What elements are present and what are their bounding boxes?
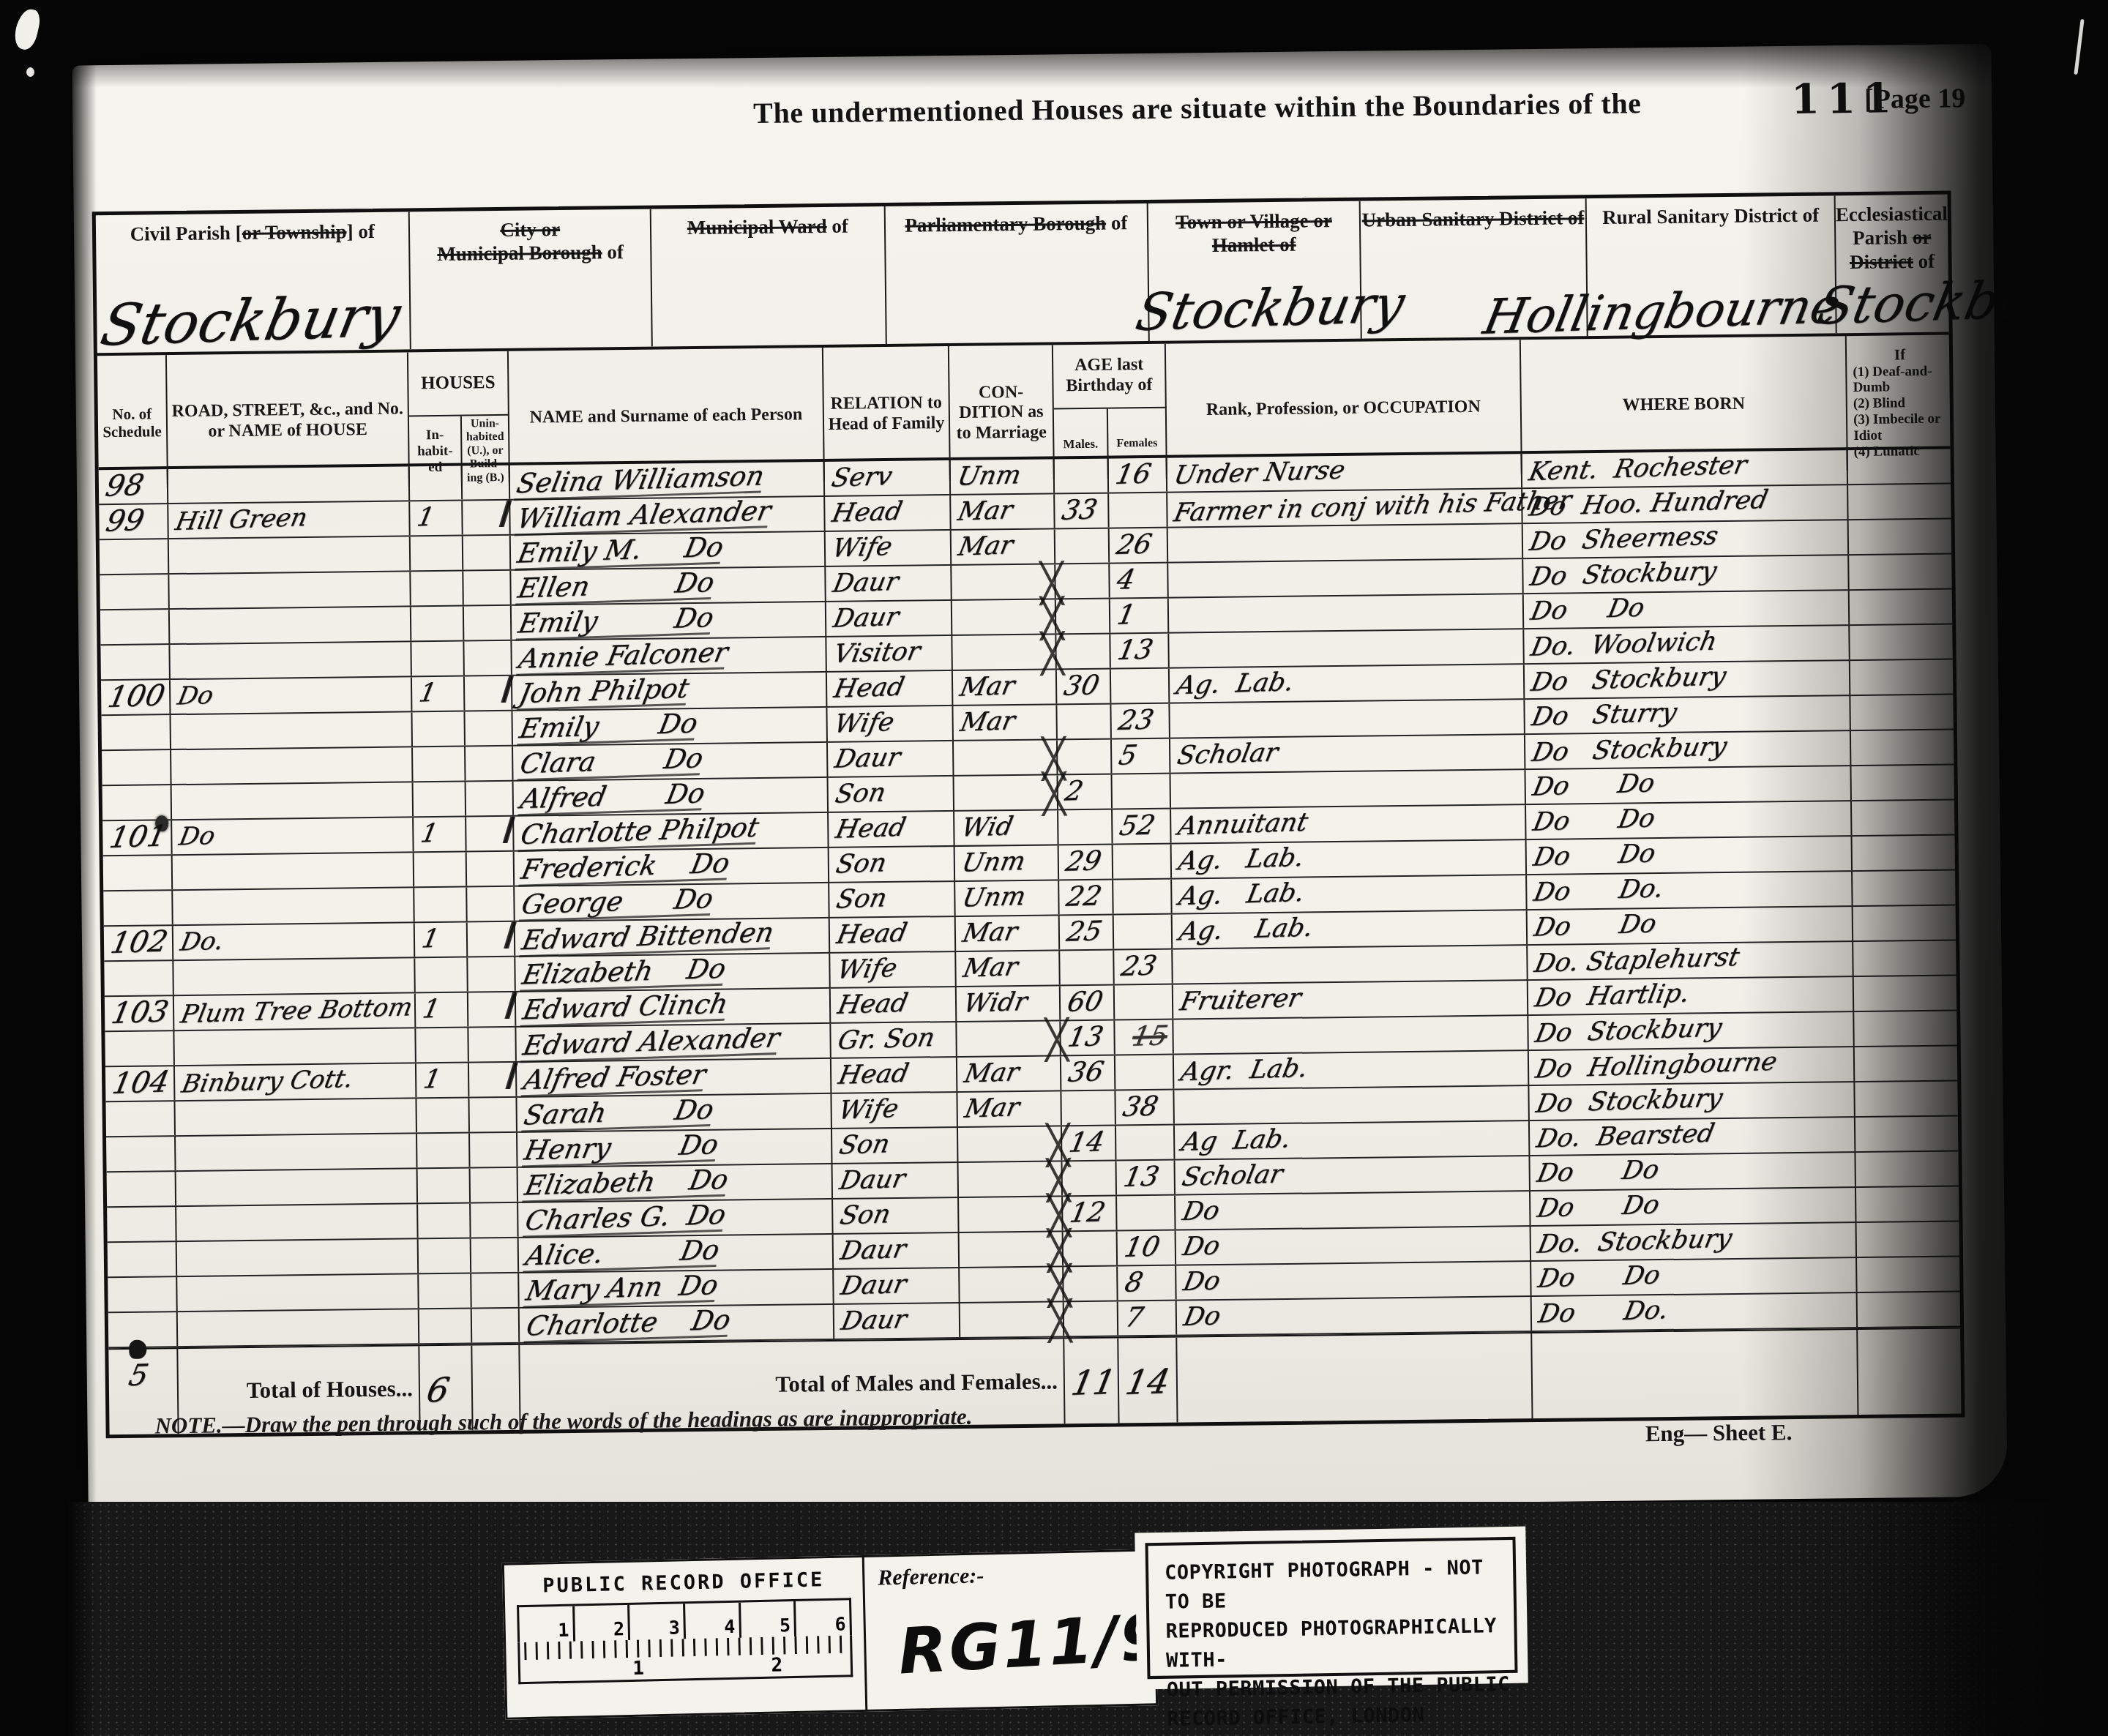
cell-name: ∕∕Alfred Foster <box>517 1059 831 1096</box>
cell-f: 38 <box>1115 1090 1175 1125</box>
cell-road: Hill Green <box>168 501 411 538</box>
cell-occ: Under Nurse <box>1167 454 1522 491</box>
cell-inh <box>410 466 463 501</box>
cell-dis <box>1857 1257 1960 1292</box>
cell-name: ∕∕Edward Clinch <box>516 989 831 1026</box>
cell-text-rel: Daur <box>837 1164 908 1196</box>
cell-dis <box>1853 870 1956 905</box>
cell-name: Edward Alexander <box>516 1024 831 1061</box>
cell-rel: Gr. Son <box>831 1022 957 1058</box>
cell-text-m: 2 <box>1063 777 1086 807</box>
cell-m <box>1055 529 1110 564</box>
cell-text-rel: Head <box>831 673 907 704</box>
cell-uninh <box>469 1098 517 1132</box>
ruler-cell-number: 3 <box>668 1617 680 1638</box>
cell-inh <box>417 1134 471 1168</box>
cell-dis <box>1854 1011 1957 1046</box>
cell-m <box>1064 1231 1118 1265</box>
cell-rel: Visitor <box>826 636 953 671</box>
cell-text-name: Alice. Do <box>523 1235 722 1273</box>
cell-text-m: 36 <box>1066 1057 1106 1088</box>
boundary-cell: Parliamentary Borough of <box>885 203 1150 344</box>
boundary-label: Urban Sanitary District of <box>1361 206 1586 232</box>
cell-m: 30 <box>1057 670 1112 704</box>
cell-f: 5 <box>1112 739 1171 774</box>
cell-text-born: Do Stockbury <box>1530 732 1730 768</box>
boundary-label: City orMunicipal Borough of <box>410 217 650 266</box>
cell-road: Do. <box>173 923 416 959</box>
boundary-cell: Town or Village orHamlet ofStockbury <box>1148 201 1362 341</box>
cell-text-sched: 103 <box>109 997 171 1028</box>
boundary-label: Parliamentary Borough of <box>885 211 1147 237</box>
totals-occ-cell <box>1177 1333 1533 1422</box>
cell-rel: Son <box>829 847 956 882</box>
condition-x-mark: ╳ <box>1048 1299 1072 1343</box>
cell-text-rel: Daur <box>838 1270 909 1301</box>
cell-sched <box>100 610 171 644</box>
cell-rel: Son <box>833 1198 960 1233</box>
cell-inh <box>419 1239 472 1273</box>
boundary-label-line: Municipal Borough of <box>411 240 651 266</box>
totals-dis-cell <box>1858 1328 1961 1415</box>
cell-inh <box>418 1169 471 1203</box>
cell-born: Do Do <box>1525 766 1851 804</box>
cell-text-m: 22 <box>1064 881 1104 912</box>
cell-text-cond: Wid <box>959 812 1015 842</box>
cell-cond: Mar <box>956 951 1061 986</box>
cell-sched: 102 <box>104 926 174 960</box>
cell-text-born: Do Do <box>1536 1260 1663 1293</box>
cell-text-name: Charlotte Philpot <box>517 813 761 853</box>
cell-text-rel: Daur <box>832 743 903 774</box>
cell-occ: Ag. Lab. <box>1172 875 1527 913</box>
cell-text-f: 26 <box>1114 529 1154 560</box>
cell-occ: Ag. Lab. <box>1173 910 1528 948</box>
boundary-label-part: of <box>1913 250 1935 272</box>
cell-rel: Son <box>829 777 955 812</box>
cell-cond: ╳ <box>958 1126 1063 1161</box>
cell-name: Frederick Do <box>515 848 829 886</box>
boundary-label-line: District of <box>1836 249 1948 274</box>
cell-occ: Ag. Lab. <box>1170 665 1525 702</box>
boundary-label-part: of <box>602 241 624 263</box>
cell-m <box>1064 1266 1118 1301</box>
cell-cond: ╳ <box>952 635 1057 670</box>
cell-born: Do. Woolwich <box>1524 626 1850 663</box>
cell-uninh <box>467 887 515 921</box>
cell-text-cond: Mar <box>958 706 1018 737</box>
cell-sched: 99 <box>99 504 169 539</box>
cell-text-rel: Wife <box>837 1094 902 1126</box>
cell-road <box>176 1169 419 1205</box>
cell-occ: Annuitant <box>1171 805 1526 842</box>
cell-text-occ: Do <box>1181 1301 1223 1332</box>
cell-m <box>1064 1301 1119 1336</box>
boundary-cell: Rural Sanitary District ofHollingbourne <box>1587 195 1837 336</box>
cell-sched <box>108 1277 178 1312</box>
cell-name: ∕∕John Philpot <box>512 673 827 710</box>
household-start-mark: ∕∕ <box>502 811 506 848</box>
condition-x-mark: ╳ <box>1042 772 1066 816</box>
boundary-label-line: City or <box>410 217 650 243</box>
cell-dis <box>1855 1116 1959 1151</box>
ruler-cell-number: 6 <box>834 1614 846 1635</box>
cell-born: Do Do <box>1527 837 1853 874</box>
cell-road <box>178 1309 420 1346</box>
cell-text-rel: Son <box>837 1129 892 1160</box>
cell-text-m: 60 <box>1065 987 1105 1017</box>
cell-uninh <box>464 606 512 640</box>
cell-born: Do Stockbury <box>1525 661 1850 698</box>
cell-f: 23 <box>1114 950 1173 984</box>
cell-uninh <box>463 536 512 570</box>
cell-sched <box>100 575 170 609</box>
cell-road <box>169 536 411 573</box>
cell-text-name: George Do <box>519 884 716 921</box>
cell-sched <box>108 1242 178 1276</box>
cell-rel: Head <box>831 1058 958 1093</box>
cell-rel: Head <box>831 987 957 1022</box>
cell-cond: ╳ <box>954 740 1058 775</box>
cell-inh <box>413 747 466 782</box>
totals-females-value: 14 <box>1124 1366 1173 1397</box>
cell-text-road: Do <box>175 681 216 711</box>
ruler-cell-number: 5 <box>780 1615 791 1636</box>
header-name-label: NAME and Surname of each Person <box>529 405 802 428</box>
cell-born: Do. Stockbury <box>1531 1223 1857 1260</box>
cell-occ <box>1170 700 1525 737</box>
cell-text-sched: 101 <box>107 821 169 853</box>
cell-text-occ: Farmer in conj with his Father <box>1171 486 1574 528</box>
cell-text-born: Do Do. <box>1536 1295 1671 1329</box>
cell-sched <box>105 1031 175 1066</box>
cell-uninh <box>467 852 515 886</box>
cell-rel: Head <box>827 671 954 706</box>
cell-text-rel: Visitor <box>831 637 922 669</box>
cell-text-born: Do Sheerness <box>1527 521 1720 556</box>
cell-text-cond: Mar <box>955 495 1015 526</box>
cell-rel: Wife <box>826 531 952 566</box>
reference-box: Reference:- RG11/933 <box>864 1551 1156 1710</box>
cell-rel: Serv <box>825 460 952 495</box>
boundary-label-part: Rural Sanitary District of <box>1602 204 1820 228</box>
cell-text-rel: Daur <box>831 602 902 634</box>
cell-m <box>1062 1161 1117 1196</box>
copyright-text: COPYRIGHT PHOTOGRAPH - NOT TO BE REPRODU… <box>1145 1537 1517 1679</box>
cell-occ: Scholar <box>1170 735 1525 772</box>
cell-uninh <box>469 1063 517 1097</box>
cell-m <box>1056 599 1111 634</box>
totals-houses-label: Total of Houses... <box>186 1375 419 1404</box>
boundary-label-part: or Township <box>242 220 347 244</box>
pro-stamp-left: PUBLIC RECORD OFFICE 123456 1 2 <box>504 1557 867 1718</box>
cell-born: Do Do <box>1530 1153 1855 1190</box>
header-houses: HOUSES <box>408 351 509 417</box>
cell-text-f: 23 <box>1118 951 1159 981</box>
cell-occ: Fruiterer <box>1173 981 1528 1018</box>
cell-text-rel: Son <box>834 848 889 879</box>
cell-text-name: Henry Do <box>521 1130 720 1168</box>
cell-uninh <box>465 676 513 711</box>
cell-sched <box>107 1207 177 1241</box>
cell-sched <box>103 856 173 890</box>
cell-cond: ╳ <box>952 564 1056 599</box>
boundary-label: Municipal Ward of <box>651 214 884 240</box>
cell-cond: Unm <box>955 880 1060 916</box>
cell-road: Plum Tree Bottom <box>174 993 416 1030</box>
cell-dis <box>1851 765 1954 800</box>
cell-dis <box>1849 555 1952 590</box>
cell-rel: Daur <box>834 1303 961 1339</box>
cell-inh <box>415 958 468 992</box>
cell-name: Emily Do <box>512 708 827 745</box>
cell-text-cond: Mar <box>960 917 1020 948</box>
cell-occ <box>1169 594 1524 632</box>
cell-uninh <box>471 1238 520 1273</box>
cell-dis <box>1853 835 1956 870</box>
cell-dis <box>1855 1151 1959 1186</box>
cell-born: Do Stockbury <box>1529 1082 1855 1120</box>
boundary-label-part: Urban Sanitary District of <box>1362 206 1585 231</box>
cell-sched <box>102 750 172 785</box>
cell-m <box>1058 810 1113 845</box>
copyright-line-2: REPRODUCED PHOTOGRAPHICALLY WITH- <box>1165 1612 1514 1676</box>
cell-text-occ: Ag. Lab. <box>1176 878 1307 912</box>
cell-inh <box>419 1309 473 1344</box>
cell-cond: ╳ <box>957 1021 1061 1056</box>
cell-f: 1 <box>1110 599 1170 633</box>
boundary-label: Town or Village orHamlet of <box>1148 209 1359 258</box>
cell-f <box>1114 915 1173 949</box>
header-condition-label: CON-DITION as to Marriage <box>952 382 1050 444</box>
cell-text-cond: Unm <box>955 460 1024 492</box>
cell-cond: Widr <box>957 986 1061 1021</box>
cell-cond: ╳ <box>960 1267 1064 1302</box>
cell-text-road: Hill Green <box>173 503 310 536</box>
cell-name: Charles G. Do <box>518 1200 833 1237</box>
cell-sched <box>106 1137 176 1171</box>
cell-f <box>1109 493 1168 528</box>
boundary-label-part: Parliamentary Borough <box>905 212 1106 236</box>
cell-born: Do Sheerness <box>1523 520 1849 558</box>
cell-text-cond: Mar <box>957 671 1017 702</box>
cell-road <box>176 1134 418 1170</box>
ruler-cell: 2 <box>575 1605 631 1642</box>
cell-text-born: Do Do <box>1530 768 1657 801</box>
cell-m <box>1057 705 1112 739</box>
cell-inh <box>411 607 465 641</box>
boundary-label: Civil Parish [or Township] of <box>96 219 409 246</box>
cell-text-inh: 1 <box>420 995 442 1025</box>
header-disability-if: If <box>1894 346 1905 364</box>
cell-text-occ: Under Nurse <box>1171 455 1348 490</box>
cell-occ: Farmer in conj with his Father <box>1167 489 1522 526</box>
cell-road <box>171 712 413 749</box>
cell-text-rel: Wife <box>834 954 900 985</box>
ruler-number-1: 1 <box>632 1658 644 1680</box>
cell-rel: Daur <box>833 1163 960 1198</box>
cell-text-cond: Unm <box>960 882 1028 913</box>
cell-text-occ: Scholar <box>1179 1159 1285 1191</box>
cell-text-occ: Do <box>1180 1196 1222 1227</box>
cell-road <box>176 1204 419 1241</box>
cell-text-born: Do Do <box>1530 804 1658 837</box>
header-disability-2: (2) Blind <box>1853 395 1906 412</box>
cell-uninh <box>463 571 512 605</box>
cell-f: 13 <box>1110 634 1170 668</box>
cell-occ: Scholar <box>1175 1156 1530 1194</box>
cell-text-born: Do Do <box>1532 909 1659 942</box>
ruler-cell: 5 <box>741 1601 797 1638</box>
header-disability-3: (3) Imbecile or Idiot <box>1853 411 1948 444</box>
cell-f: 15 <box>1115 1020 1174 1055</box>
cell-text-name: Charlotte Do <box>523 1306 733 1344</box>
cell-name: Mary Ann Do <box>519 1270 834 1307</box>
cell-occ: Ag Lab. <box>1175 1121 1530 1159</box>
cell-rel: Head <box>829 812 955 847</box>
household-start-mark: ∕∕ <box>504 987 508 1024</box>
ruler-cell-number: 4 <box>724 1616 736 1637</box>
cell-text-inh: 1 <box>416 678 438 708</box>
cell-dis <box>1851 730 1954 765</box>
cell-text-name: Sarah Do <box>521 1095 717 1132</box>
cell-dis <box>1857 1221 1960 1257</box>
totals-females-cell: 14 <box>1118 1338 1178 1423</box>
cell-text-f: 13 <box>1121 1161 1162 1192</box>
cell-text-name: Charles G. Do <box>522 1200 728 1238</box>
cell-text-name: Emily Do <box>517 708 700 746</box>
totals-males-value: 11 <box>1069 1367 1118 1398</box>
cell-sched: 100 <box>101 680 171 714</box>
header-occupation-label: Rank, Profession, or OCCUPATION <box>1206 397 1481 421</box>
cell-occ: Do <box>1177 1297 1532 1334</box>
cell-text-rel: Head <box>833 813 908 845</box>
cell-inh: 1 <box>415 923 468 957</box>
cell-name: Elizabeth Do <box>515 954 830 991</box>
header-males-label: Males. <box>1063 437 1098 452</box>
cell-text-f: 5 <box>1116 741 1140 771</box>
cell-occ: Do <box>1176 1191 1530 1229</box>
cell-text-rel: Daur <box>838 1235 909 1266</box>
cell-name: Henry Do <box>517 1129 832 1167</box>
cell-occ <box>1174 1086 1529 1123</box>
cell-m <box>1058 740 1113 774</box>
cell-f: 52 <box>1113 809 1172 844</box>
cell-text-rel: Head <box>834 918 910 950</box>
cell-text-rel: Wife <box>832 708 897 739</box>
cell-text-name: Alfred Do <box>517 779 707 816</box>
cell-road <box>170 642 412 678</box>
table-header: No. of Schedule ROAD, STREET, &c., and N… <box>97 335 1951 471</box>
cell-text-rel: Son <box>837 1200 893 1230</box>
cell-sched: 101 <box>102 820 173 855</box>
cell-cond: Mar <box>953 705 1058 740</box>
cell-inh <box>416 1099 470 1133</box>
cell-road <box>170 607 412 643</box>
cell-cond: ╳ <box>952 599 1057 635</box>
cell-text-occ: Ag. Lab. <box>1176 843 1307 877</box>
cell-road: Do <box>172 818 414 854</box>
cell-text-name: Alfred Foster <box>520 1060 708 1097</box>
cell-m: 25 <box>1060 916 1115 950</box>
cell-text-f: 1 <box>1115 600 1138 630</box>
copyright-stamp: COPYRIGHT PHOTOGRAPH - NOT TO BE REPRODU… <box>1135 1527 1528 1690</box>
photograph-background: The undermentioned Houses are situate wi… <box>0 0 2108 1736</box>
cell-occ: Agr. Lab. <box>1174 1051 1529 1088</box>
cell-dis <box>1855 1081 1958 1116</box>
cell-text-road: Binbury Cott. <box>179 1064 356 1099</box>
cell-text-rel: Daur <box>839 1305 910 1336</box>
copyright-line-1: COPYRIGHT PHOTOGRAPH - NOT TO BE <box>1165 1553 1514 1617</box>
cell-road <box>173 853 415 889</box>
cell-uninh <box>468 922 516 957</box>
boundary-label-part: Hamlet of <box>1212 233 1296 256</box>
cell-rel: Wife <box>831 1093 958 1128</box>
cell-text-sched: 104 <box>110 1067 172 1099</box>
cell-inh <box>411 642 465 676</box>
struck-age-value: 15 <box>1129 1021 1170 1052</box>
cell-text-rel: Son <box>833 778 889 809</box>
condition-x-mark: ╳ <box>1045 1018 1069 1062</box>
boundary-label-line: Hamlet of <box>1148 232 1359 258</box>
cell-sched: 98 <box>99 469 169 504</box>
cell-text-cond: Unm <box>960 847 1028 878</box>
cell-uninh <box>465 711 513 746</box>
boundary-value-handwritten: Hollingbourne <box>1479 277 1845 345</box>
boundary-label-line: Urban Sanitary District of <box>1361 206 1586 232</box>
cell-m: 22 <box>1059 880 1114 915</box>
cell-text-name: Edward Bittenden <box>519 918 776 957</box>
cell-road <box>171 747 414 784</box>
cell-inh: 1 <box>416 1063 470 1098</box>
cell-f <box>1113 845 1173 879</box>
cell-m: 36 <box>1061 1056 1116 1090</box>
boundary-label-line: Rural Sanitary District of <box>1587 203 1834 229</box>
cell-name: ∕∕William Alexander <box>510 497 825 534</box>
cell-text-m: 33 <box>1059 495 1099 525</box>
cell-text-f: 4 <box>1114 565 1137 595</box>
cell-dis <box>1848 449 1951 484</box>
cell-uninh <box>468 1028 517 1062</box>
cell-cond: ╳ <box>959 1161 1064 1197</box>
cell-uninh <box>468 957 516 992</box>
cell-sched <box>103 891 173 925</box>
cell-road <box>172 782 414 819</box>
pro-title: PUBLIC RECORD OFFICE <box>504 1568 863 1598</box>
cell-text-rel: Wife <box>830 532 895 564</box>
cell-rel: Wife <box>827 706 954 741</box>
cell-sched <box>104 961 174 995</box>
cell-born: Do Sturry <box>1525 696 1850 733</box>
ruler-cell: 3 <box>629 1604 686 1640</box>
cell-text-name: Emily M. Do <box>515 533 726 571</box>
boundary-label: Ecclesiastical Parish orDistrict of <box>1836 202 1948 274</box>
cell-dis <box>1852 800 1955 835</box>
cell-inh <box>419 1274 472 1309</box>
cell-inh <box>411 572 464 606</box>
cell-inh <box>411 536 464 571</box>
cell-name: George Do <box>515 883 829 921</box>
cell-f: 10 <box>1118 1231 1177 1265</box>
cell-name: ∕∕Edward Bittenden <box>515 918 830 956</box>
cell-text-occ: Ag. Lab. <box>1174 667 1296 700</box>
cell-text-name: Emily Do <box>515 603 716 641</box>
cell-m <box>1056 635 1111 669</box>
boundary-label-part: City or <box>500 218 560 241</box>
cell-text-name: Annie Falconer <box>516 637 730 676</box>
condition-x-mark: ╳ <box>1041 632 1064 676</box>
cell-text-born: Do Do. <box>1531 874 1666 908</box>
